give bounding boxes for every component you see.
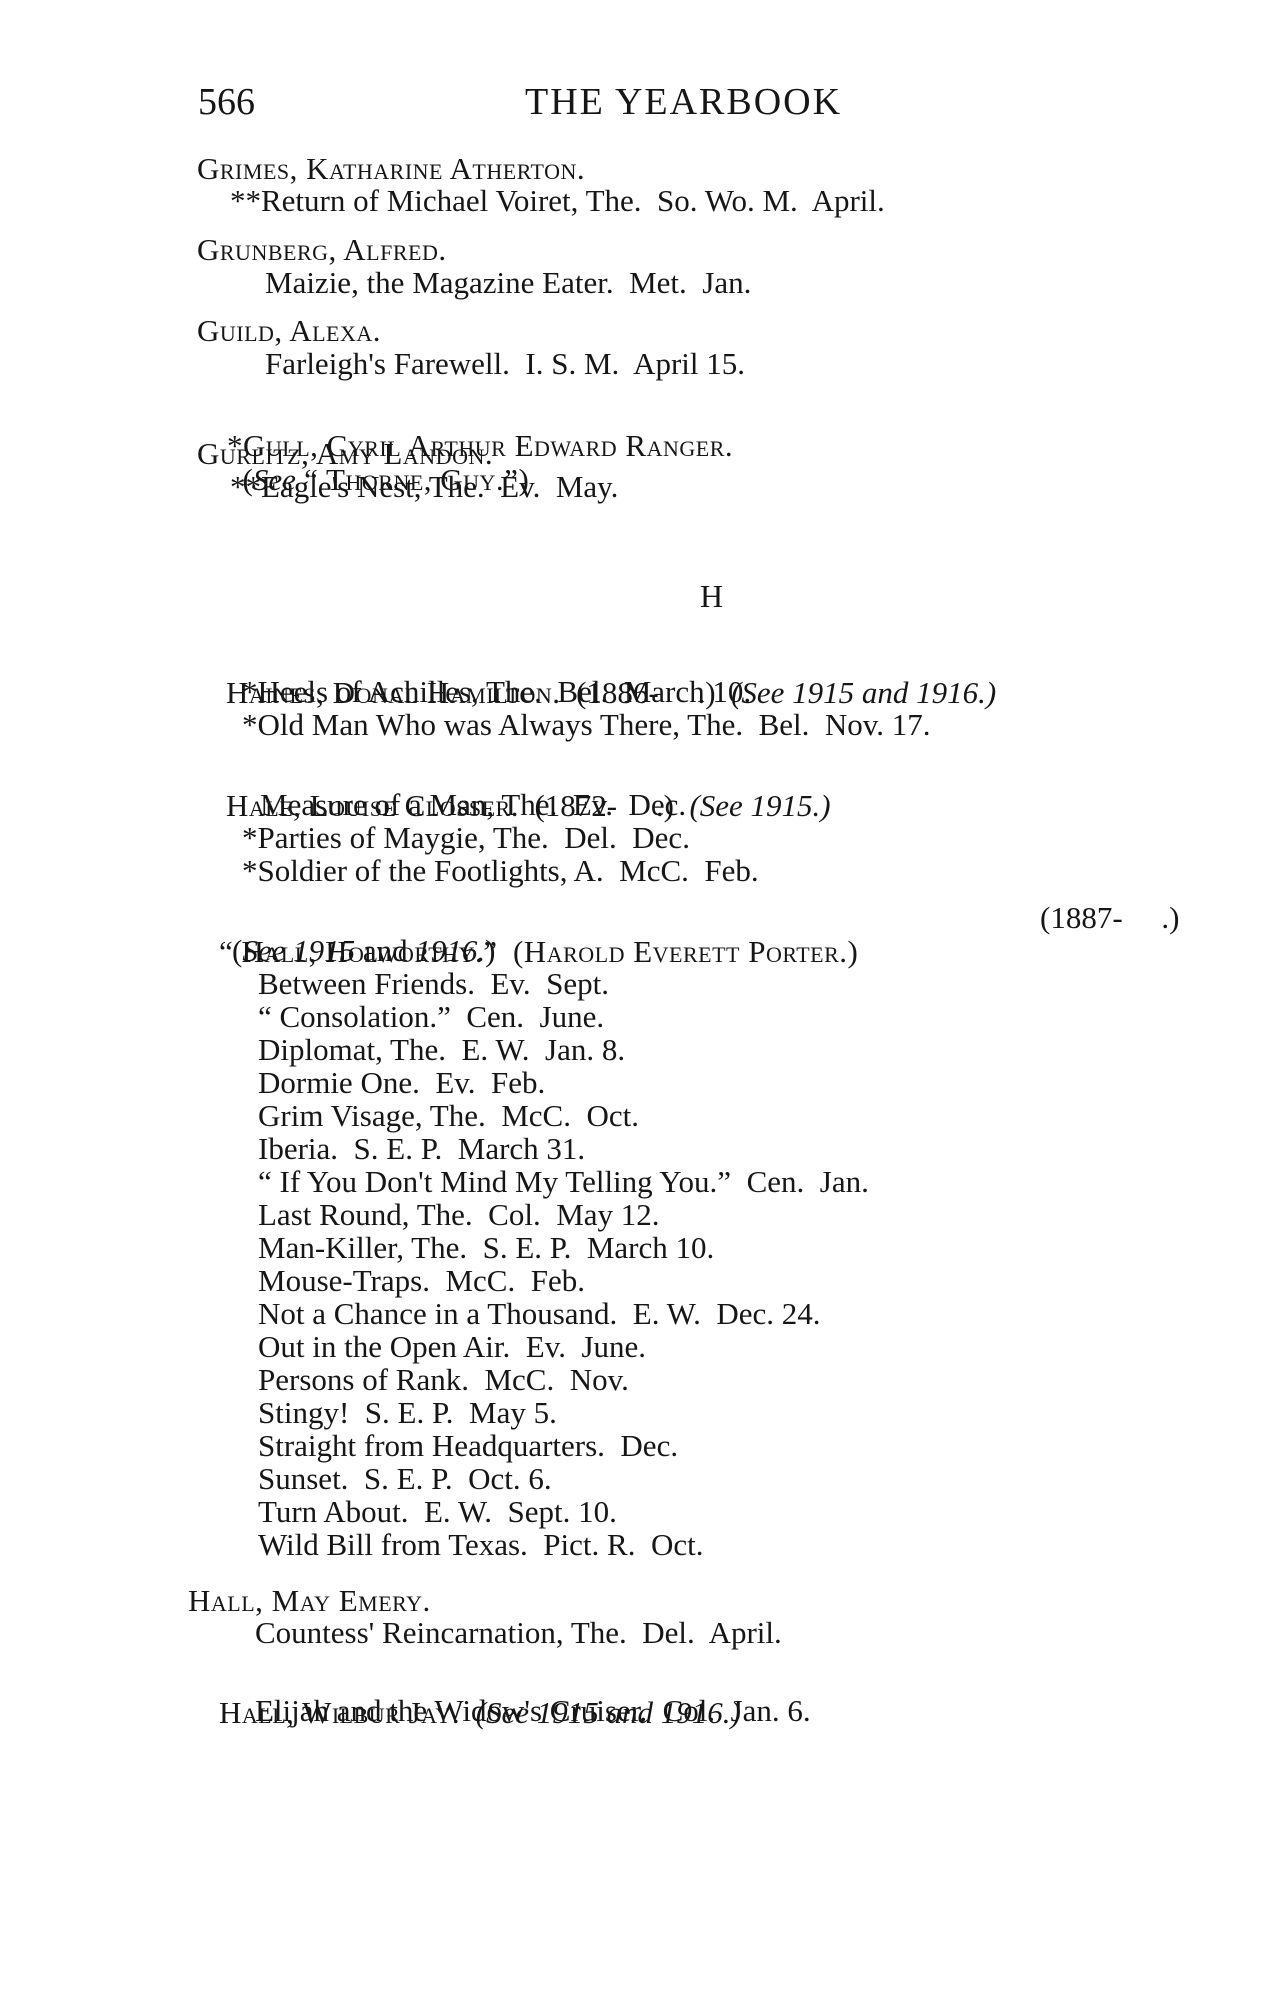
work-item: Measure of a Man, The. Ev. Dec. bbox=[260, 788, 686, 822]
work-item: Out in the Open Air. Ev. June. bbox=[258, 1330, 646, 1364]
author-name: Gurlitz, Amy Landon. bbox=[197, 437, 493, 471]
work-item: Persons of Rank. McC. Nov. bbox=[258, 1363, 629, 1397]
work-item: Countess' Reincarnation, The. Del. April… bbox=[255, 1616, 782, 1650]
work-item: “ Consolation.” Cen. June. bbox=[258, 1000, 604, 1034]
work-item: Not a Chance in a Thousand. E. W. Dec. 2… bbox=[258, 1297, 820, 1331]
author-name: Grimes, Katharine Atherton. bbox=[197, 152, 585, 186]
see-reference: (See 1915.) bbox=[689, 788, 830, 823]
work-item: Last Round, The. Col. May 12. bbox=[258, 1198, 660, 1232]
author-name: Guild, Alexa. bbox=[197, 314, 381, 348]
author-name: Hall, May Emery. bbox=[188, 1584, 431, 1618]
work-item: **Return of Michael Voiret, The. So. Wo.… bbox=[230, 184, 885, 218]
work-item: Stingy! S. E. P. May 5. bbox=[258, 1396, 557, 1430]
work-item: Elijah and the Widow's Cruiser. Col. Jan… bbox=[255, 1694, 811, 1728]
work-item: Turn About. E. W. Sept. 10. bbox=[258, 1495, 617, 1529]
work-item: Grim Visage, The. McC. Oct. bbox=[258, 1099, 639, 1133]
real-name: (Harold Everett Porter.) bbox=[513, 934, 858, 969]
work-item: Iberia. S. E. P. March 31. bbox=[258, 1132, 585, 1166]
page-number: 566 bbox=[198, 80, 255, 124]
author-dates: (1887- .) bbox=[1040, 901, 1179, 935]
section-letter: H bbox=[700, 578, 723, 614]
work-item: Maizie, the Magazine Eater. Met. Jan. bbox=[265, 266, 751, 300]
work-item: Man-Killer, The. S. E. P. March 10. bbox=[258, 1231, 714, 1265]
running-title: THE YEARBOOK bbox=[525, 80, 842, 124]
work-item: Between Friends. Ev. Sept. bbox=[258, 967, 609, 1001]
work-item: Mouse-Traps. McC. Feb. bbox=[258, 1264, 585, 1298]
work-item: *Soldier of the Footlights, A. McC. Feb. bbox=[242, 854, 759, 888]
see-reference: (See 1915 and 1916.) bbox=[232, 934, 495, 968]
work-item: Wild Bill from Texas. Pict. R. Oct. bbox=[258, 1528, 703, 1562]
work-item: Straight from Headquarters. Dec. bbox=[258, 1429, 678, 1463]
work-item: Sunset. S. E. P. Oct. 6. bbox=[258, 1462, 552, 1496]
work-item: **Eagle's Nest, The. Ev. May. bbox=[230, 470, 618, 504]
work-item: “ If You Don't Mind My Telling You.” Cen… bbox=[258, 1165, 869, 1199]
work-item: Diplomat, The. E. W. Jan. 8. bbox=[258, 1033, 625, 1067]
work-item: Dormie One. Ev. Feb. bbox=[258, 1066, 545, 1100]
author-name: Grunberg, Alfred. bbox=[197, 233, 447, 267]
work-item: Farleigh's Farewell. I. S. M. April 15. bbox=[265, 347, 745, 381]
work-item: *Heels of Achilles, The. Bel. March 10. bbox=[242, 675, 751, 709]
see-reference: (See 1915 and 1916.) bbox=[731, 675, 996, 710]
work-item: *Parties of Maygie, The. Del. Dec. bbox=[242, 821, 690, 855]
work-item: *Old Man Who was Always There, The. Bel.… bbox=[242, 708, 931, 742]
